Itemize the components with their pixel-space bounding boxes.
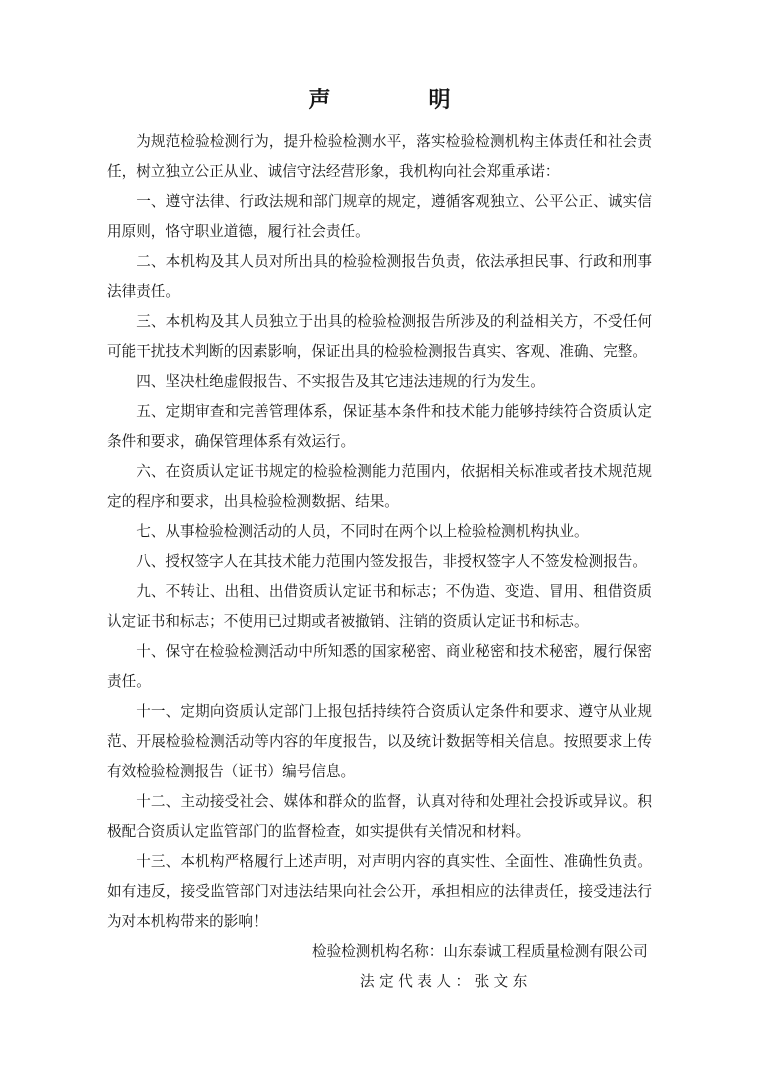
clause-05: 五、定期审查和完善管理体系，保证基本条件和技术能力能够持续符合资质认定条件和要求… xyxy=(107,397,652,457)
clause-07: 七、从事检验检测活动的人员，不同时在两个以上检验检测机构执业。 xyxy=(107,517,652,547)
clause-09: 九、不转让、出租、出借资质认定证书和标志；不伪造、变造、冒用、租借资质认定证书和… xyxy=(107,577,652,637)
clause-10: 十、保守在检验检测活动中所知悉的国家秘密、商业秘密和技术秘密，履行保密责任。 xyxy=(107,637,652,697)
declaration-page: 声 明 为规范检验检测行为，提升检验检测水平，落实检验检测机构主体责任和社会责任… xyxy=(0,0,765,1081)
organization-name-line: 检验检测机构名称：山东泰诚工程质量检测有限公司 xyxy=(312,937,652,967)
clause-11: 十一、定期向资质认定部门上报包括持续符合资质认定条件和要求、遵守从业规范、开展检… xyxy=(107,697,652,787)
document-title: 声 明 xyxy=(107,84,652,116)
clause-06: 六、在资质认定证书规定的检验检测能力范围内，依据相关标准或者技术规范规定的程序和… xyxy=(107,457,652,517)
clause-04: 四、坚决杜绝虚假报告、不实报告及其它违法违规的行为发生。 xyxy=(107,367,652,397)
title-char-left: 声 xyxy=(308,84,330,116)
preamble-paragraph: 为规范检验检测行为，提升检验检测水平，落实检验检测机构主体责任和社会责任，树立独… xyxy=(107,127,652,187)
title-char-right: 明 xyxy=(429,84,451,116)
clause-03: 三、本机构及其人员独立于出具的检验检测报告所涉及的利益相关方，不受任何可能干扰技… xyxy=(107,307,652,367)
clause-01: 一、遵守法律、行政法规和部门规章的规定，遵循客观独立、公平公正、诚实信用原则，恪… xyxy=(107,187,652,247)
legal-representative-line: 法定代表人：张文东 xyxy=(360,967,652,997)
clause-13: 十三、本机构严格履行上述声明，对声明内容的真实性、全面性、准确性负责。如有违反，… xyxy=(107,847,652,937)
clause-12: 十二、主动接受社会、媒体和群众的监督，认真对待和处理社会投诉或异议。积极配合资质… xyxy=(107,787,652,847)
clause-08: 八、授权签字人在其技术能力范围内签发报告，非授权签字人不签发检测报告。 xyxy=(107,547,652,577)
clause-02: 二、本机构及其人员对所出具的检验检测报告负责，依法承担民事、行政和刑事法律责任。 xyxy=(107,247,652,307)
